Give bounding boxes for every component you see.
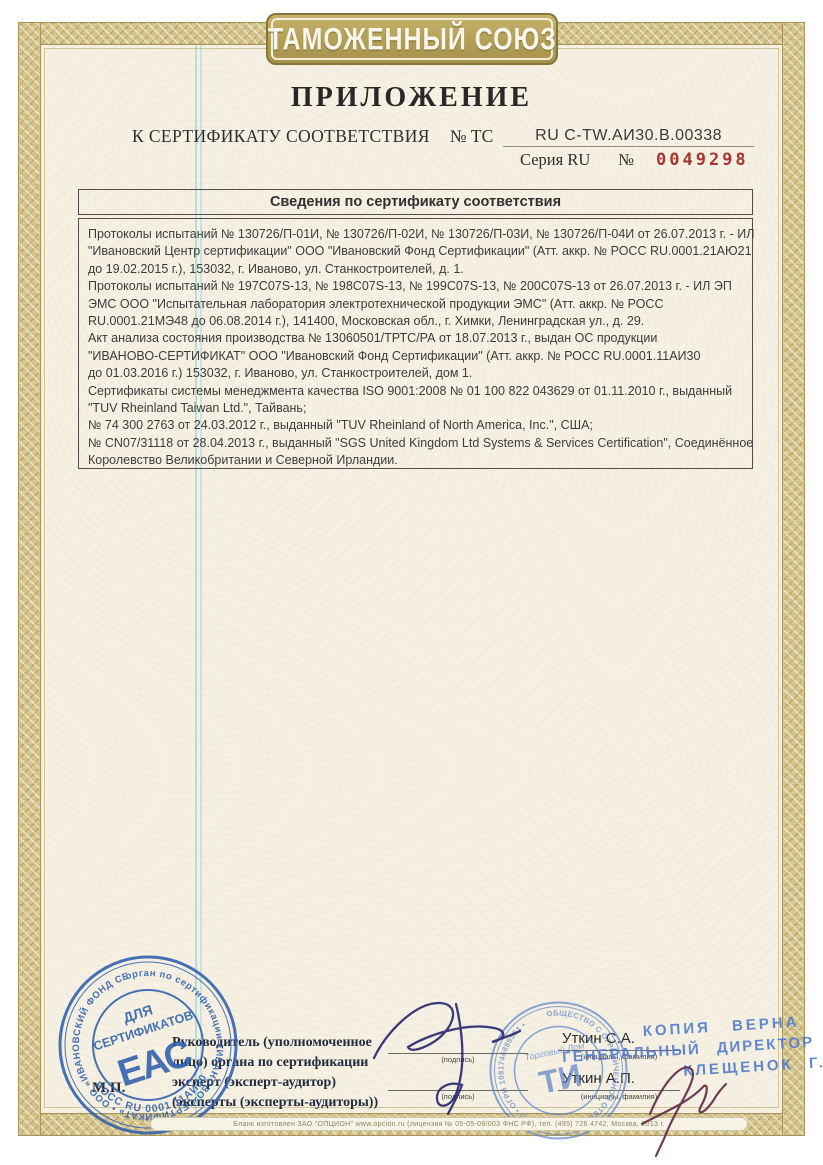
customs-union-banner-frame: ТАМОЖЕННЫЙ СОЮЗ [271, 18, 553, 60]
ornate-border-left [18, 22, 41, 1136]
info-line: "ИВАНОВО-СЕРТИФИКАТ" ООО "Ивановский Фон… [88, 348, 743, 365]
info-line: ЭМС ООО "Испытательная лаборатория элект… [88, 296, 743, 313]
certificate-page: ТАМОЖЕННЫЙ СОЮЗ ПРИЛОЖЕНИЕ К СЕРТИФИКАТУ… [0, 0, 823, 1165]
info-line: "Ивановский Центр сертификации" ООО "Ива… [88, 243, 743, 260]
info-line: Королевство Великобритании и Северной Ир… [88, 452, 743, 469]
info-line: № CN07/31118 от 28.04.2013 г., выданный … [88, 435, 743, 452]
info-line: RU.0001.21МЭ48 до 06.08.2014 г.), 141400… [88, 313, 743, 330]
info-line: до 01.03.2016 г.) 153032, г. Иваново, ул… [88, 365, 743, 382]
series-number-sign: № [618, 150, 634, 170]
customs-union-banner: ТАМОЖЕННЫЙ СОЮЗ [266, 13, 558, 65]
certificate-number-sign: № ТС [450, 126, 493, 147]
ornate-border-right [782, 22, 805, 1136]
info-box: Протоколы испытаний № 130726/П-01И, № 13… [78, 218, 753, 469]
info-line: "TUV Rheinland Taiwan Ltd.", Тайвань; [88, 400, 743, 417]
info-line: Акт анализа состояния производства № 130… [88, 330, 743, 347]
info-line: до 19.02.2015 г.), 153032, г. Иваново, у… [88, 261, 743, 278]
series-number: 0049298 [656, 150, 749, 170]
certificate-reference-label: К СЕРТИФИКАТУ СООТВЕТСТВИЯ [132, 126, 430, 147]
customs-union-banner-text: ТАМОЖЕННЫЙ СОЮЗ [268, 20, 557, 57]
certificate-reference-line: К СЕРТИФИКАТУ СООТВЕТСТВИЯ № ТС RU C-TW.… [132, 126, 754, 147]
certificate-number: RU C-TW.АИ30.В.00338 [503, 127, 754, 147]
handwritten-signature-head-and-expert [368, 986, 553, 1126]
info-line: Сертификаты системы менеджмента качества… [88, 383, 743, 400]
info-box-header: Сведения по сертификату соответствия [78, 189, 753, 215]
info-line: № 74 300 2763 от 24.03.2012 г., выданный… [88, 417, 743, 434]
info-line: Протоколы испытаний № 197C07S-13, № 198C… [88, 278, 743, 295]
series-label: Серия RU [520, 150, 590, 170]
page-title: ПРИЛОЖЕНИЕ [0, 82, 823, 114]
handwritten-signature-director [612, 1046, 742, 1161]
series-line: Серия RU № 0049298 [520, 150, 749, 170]
info-line: Протоколы испытаний № 130726/П-01И, № 13… [88, 226, 743, 243]
